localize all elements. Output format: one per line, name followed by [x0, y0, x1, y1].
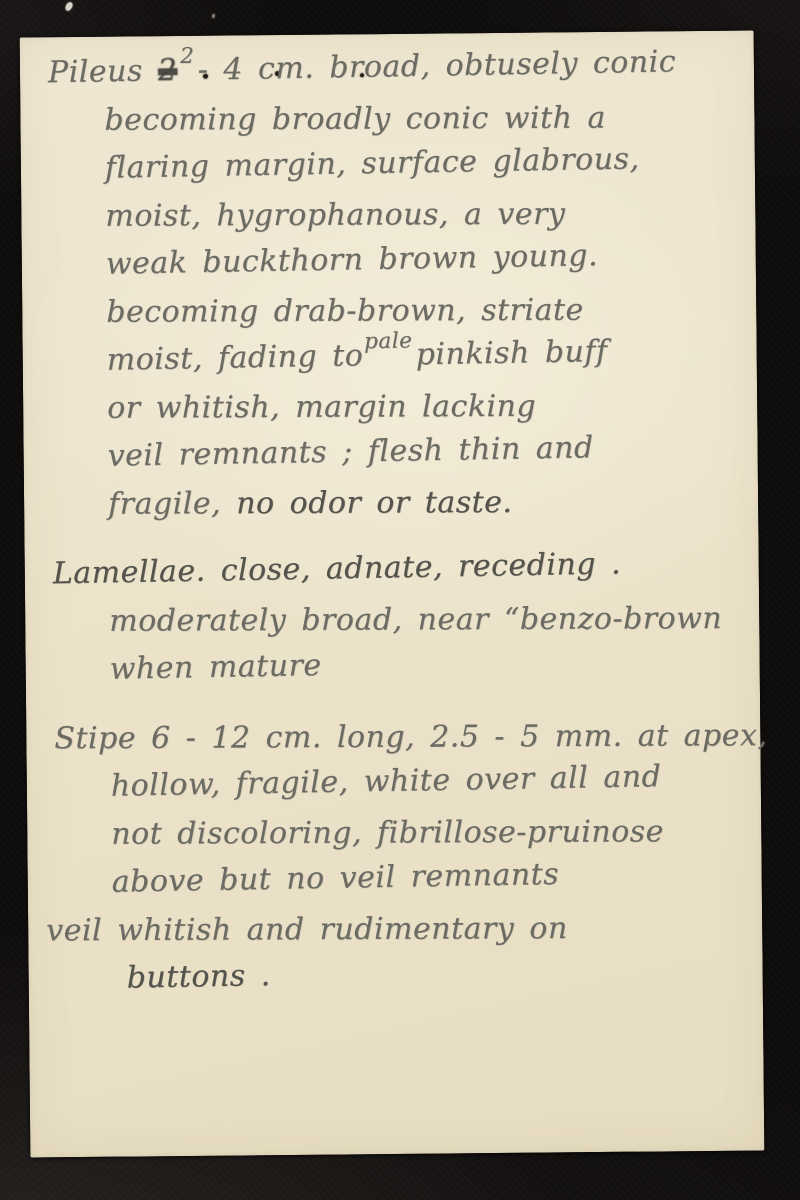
handwritten-line: veil remnants ; flesh thin and [107, 421, 758, 480]
handwritten-text: becoming broadly conic with a [104, 101, 606, 138]
handwritten-line: buttons . [126, 943, 763, 1002]
handwritten-line: fragile, no odor or taste. [108, 478, 758, 529]
handwritten-text: hollow, fragile, white over all and [111, 759, 662, 804]
handwriting: Pileus 22- 4 cm. broad, obtusely conicbe… [20, 43, 763, 1004]
handwritten-text: above but no veil remnants [111, 857, 559, 900]
handwritten-line: hollow, fragile, white over all and [110, 751, 761, 810]
handwritten-text: becoming drab-brown, striate [106, 293, 584, 330]
handwritten-text: moderately broad, near “benzo-brown [109, 601, 722, 639]
handwritten-text: moist, hygrophanous, a very [105, 197, 565, 234]
handwritten-line: when mature [109, 634, 760, 693]
index-card: Pileus 22- 4 cm. broad, obtusely conicbe… [20, 31, 765, 1158]
handwritten-line: flaring margin, surface glabrous, [104, 133, 755, 192]
handwritten-text: not discoloring, fibrillose-pruinose [111, 814, 664, 851]
handwritten-text: fragile, [108, 486, 236, 522]
handwritten-text: or whitish, margin lacking [107, 389, 536, 426]
handwritten-line: weak buckthorn brown young. [105, 229, 756, 288]
handwritten-text: moist, fading to [106, 338, 363, 377]
handwritten-text: buttons . [126, 958, 271, 996]
lint-speck [64, 1, 73, 12]
handwritten-line: moist, fading topalepinkish buff [106, 325, 757, 384]
handwritten-line: Pileus 22- 4 cm. broad, obtusely conic [48, 37, 755, 97]
handwritten-text: weak buckthorn brown young. [106, 238, 599, 282]
inserted-correction-text: pale [364, 341, 412, 342]
handwritten-text: when mature [109, 648, 322, 687]
handwritten-text: flaring margin, surface glabrous, [105, 141, 640, 185]
handwritten-text: no odor or taste. [236, 485, 512, 521]
handwritten-text: - 4 cm. broad, obtusely conic [197, 44, 676, 87]
handwritten-text: Stipe 6 - 12 cm. long, 2.5 - 5 mm. at ap… [54, 718, 767, 756]
handwritten-text: veil whitish and rudimentary on [46, 911, 568, 948]
handwritten-line: Lamellae. close, adnate, receding . [52, 538, 759, 598]
handwritten-text: Pileus [48, 53, 158, 90]
handwritten-line: above but no veil remnants [111, 847, 762, 906]
lint-speck [212, 14, 215, 18]
scribbled-out-text: 2 [158, 53, 178, 88]
handwritten-text: Lamellae. close, adnate, receding . [52, 546, 621, 591]
handwritten-text: pinkish buff [415, 334, 607, 372]
handwritten-text: veil remnants ; flesh thin and [107, 430, 594, 473]
